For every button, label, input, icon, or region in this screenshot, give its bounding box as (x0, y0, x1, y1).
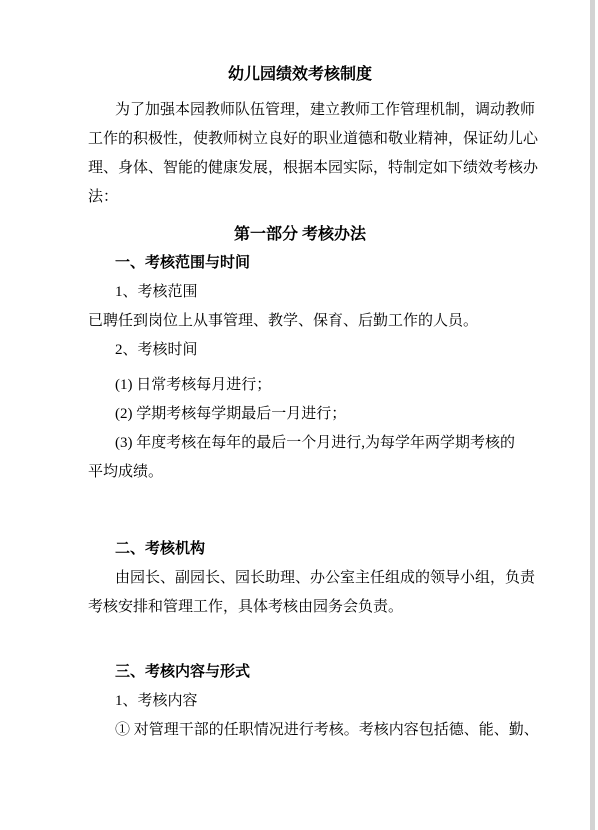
intro-paragraph-line: 理、身体、智能的健康发展，根据本园实际，特制定如下绩效考核办 (88, 154, 512, 183)
section1-item1-body: 已聘任到岗位上从事管理、教学、保育、后勤工作的人员。 (88, 307, 512, 336)
intro-paragraph-line: 为了加强本园教师队伍管理，建立教师工作管理机制，调动教师 (115, 96, 512, 125)
part-one-heading: 第一部分 考核办法 (88, 220, 512, 249)
section1-subitem-1: (1) 日常考核每月进行； (115, 371, 512, 400)
section2-heading: 二、考核机构 (115, 535, 512, 564)
section1-subitem-3-line2: 平均成绩。 (88, 458, 512, 487)
page-edge-strip (590, 0, 595, 830)
section1-subitem-2: (2) 学期考核每学期最后一月进行； (115, 400, 512, 429)
section2-body-line1: 由园长、副园长、园长助理、办公室主任组成的领导小组，负责 (115, 564, 512, 593)
section3-subitem-1: ① 对管理干部的任职情况进行考核。考核内容包括德、能、勤、 (115, 716, 512, 745)
document-title: 幼儿园绩效考核制度 (88, 60, 512, 90)
document-page: 幼儿园绩效考核制度 为了加强本园教师队伍管理，建立教师工作管理机制，调动教师 工… (88, 60, 512, 745)
section1-item1: 1、考核范围 (115, 278, 512, 307)
section2-body-line2: 考核安排和管理工作，具体考核由园务会负责。 (88, 593, 512, 622)
intro-paragraph-line: 法： (88, 183, 512, 212)
section3-heading: 三、考核内容与形式 (115, 658, 512, 687)
section3-item1: 1、考核内容 (115, 687, 512, 716)
section1-subitem-3-line1: (3) 年度考核在每年的最后一个月进行,为每学年两学期考核的 (115, 429, 512, 458)
intro-paragraph-line: 工作的积极性，使教师树立良好的职业道德和敬业精神，保证幼儿心 (88, 125, 512, 154)
section1-item2: 2、考核时间 (115, 336, 512, 365)
section1-heading: 一、考核范围与时间 (115, 249, 512, 278)
